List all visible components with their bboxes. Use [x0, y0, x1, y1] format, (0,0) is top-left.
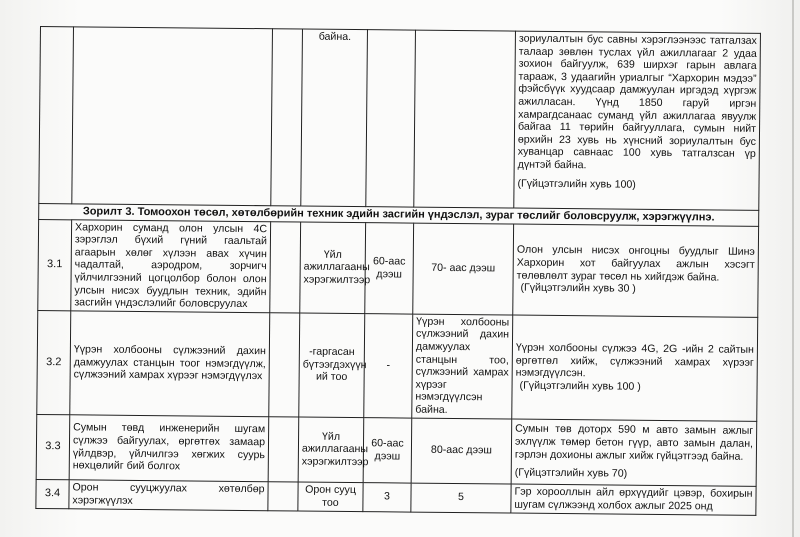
baseline: - — [364, 313, 413, 417]
cell-empty — [268, 416, 299, 481]
target: Үүрэн холбооны сүлжээний дахин дамжуулах… — [412, 314, 513, 419]
completion-percent: (Гүйцэтгэлийн хувь 70) — [515, 467, 753, 482]
task-description: Сумын төвд инженерийн шугам сүлжээ байгу… — [69, 414, 269, 481]
indicator: Орон сууц тоо — [298, 481, 363, 511]
result-text: зориулалтын бус савны хэрэглээнээс татга… — [518, 33, 757, 174]
cell-target — [414, 30, 516, 208]
baseline: 60-аас дээш — [365, 222, 414, 314]
table-row: 3.1 Хархорин суманд олон улсын 4С зэрэгл… — [38, 219, 759, 317]
action-plan-report-table: байна. зориулалтын бус савны хэрэглээнээ… — [35, 26, 761, 515]
cell-baseline — [366, 30, 416, 207]
cell-task — [72, 27, 273, 206]
row-number: 3.1 — [38, 219, 72, 310]
task-description: Хархорин суманд олон улсын 4С зэрэглэл б… — [71, 219, 271, 312]
result: Үүрэн холбооны сүлжээ 4G, 2G -ийн 2 сайт… — [512, 315, 758, 421]
result-text: Сумын төв доторх 590 м авто замын ажлыг … — [515, 423, 753, 463]
completion-percent: (Гүйцэтгэлийн хувь 100 ) — [516, 379, 754, 394]
result: Олон улсын нисэх онгоцны буудлыг Шинэ Ха… — [513, 224, 759, 318]
cell-empty — [269, 312, 300, 416]
cell-empty — [270, 221, 301, 312]
cell-empty — [268, 481, 298, 510]
indicator: -гаргасан бүтээгдэхүүн ий тоо — [299, 313, 365, 417]
result-text: Үүрэн холбооны сүлжээ 4G, 2G -ийн 2 сайт… — [516, 342, 754, 382]
target: 80-аас дээш — [411, 418, 512, 484]
table-row: 3.4 Орон сууцжуулах хөтөлбөр хэрэгжүүлэх… — [36, 479, 756, 515]
result: Сумын төв доторх 590 м авто замын ажлыг … — [511, 419, 757, 486]
target: 70- аас дээш — [413, 223, 514, 315]
scanned-page: байна. зориулалтын бус савны хэрэглээнээ… — [0, 0, 800, 537]
table-row: 3.3 Сумын төвд инженерийн шугам сүлжээ б… — [36, 414, 757, 486]
task-description: Орон сууцжуулах хөтөлбөр хэрэгжүүлэх — [69, 479, 268, 510]
completion-percent: (Гүйцэтгэлийн хувь 30 ) — [516, 282, 754, 297]
indicator: Үйл ажиллагааны хэрэгжилтээр — [300, 222, 366, 314]
baseline: 3 — [363, 482, 411, 511]
cell-result-continued: зориулалтын бус савны хэрэглээнээс татга… — [514, 31, 761, 210]
cell-target-continued: байна. — [301, 29, 368, 207]
result: Гэр хорооллын айл өрхүүдийг цэвэр, бохир… — [511, 484, 756, 515]
row-number: 3.3 — [36, 414, 70, 479]
result-text: Гэр хорооллын айл өрхүүдийг цэвэр, бохир… — [514, 485, 752, 512]
cell-empty — [271, 29, 303, 206]
task-description: Үүрэн холбооны сүлжээний дахин дамжуулах… — [70, 311, 270, 417]
row-number: 3.4 — [36, 479, 69, 508]
row-number: 3.2 — [37, 310, 71, 414]
result-text: Олон улсын нисэх онгоцны буудлыг Шинэ Ха… — [517, 244, 755, 284]
baseline: 60-аас дээш — [363, 417, 412, 482]
page-edge-shadow — [792, 0, 794, 537]
indicator: Үйл ажиллагааны хэрэгжилтээр — [298, 417, 364, 483]
table-row-continued: байна. зориулалтын бус савны хэрэглээнээ… — [39, 27, 761, 211]
table-row: 3.2 Үүрэн холбооны сүлжээний дахин дамжу… — [37, 310, 758, 421]
completion-percent: (Гүйцэтгэлийн хувь 100) — [517, 177, 755, 192]
target: 5 — [411, 483, 511, 513]
cell-num — [39, 27, 74, 204]
